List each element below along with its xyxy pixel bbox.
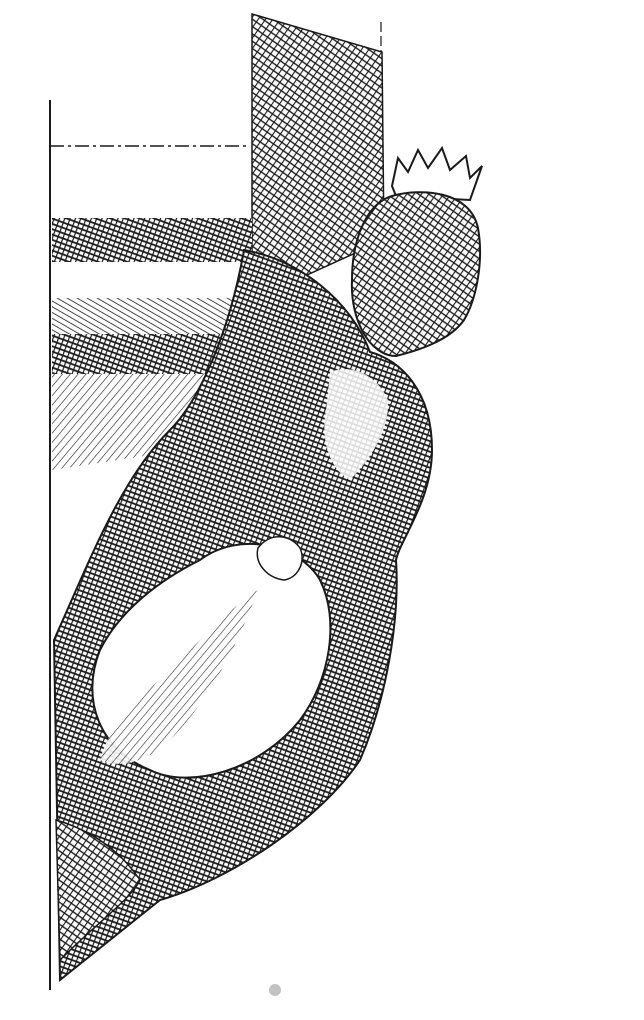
crowned-head — [352, 192, 480, 356]
ink-speck — [269, 984, 281, 996]
engraving-illustration — [0, 0, 644, 1020]
